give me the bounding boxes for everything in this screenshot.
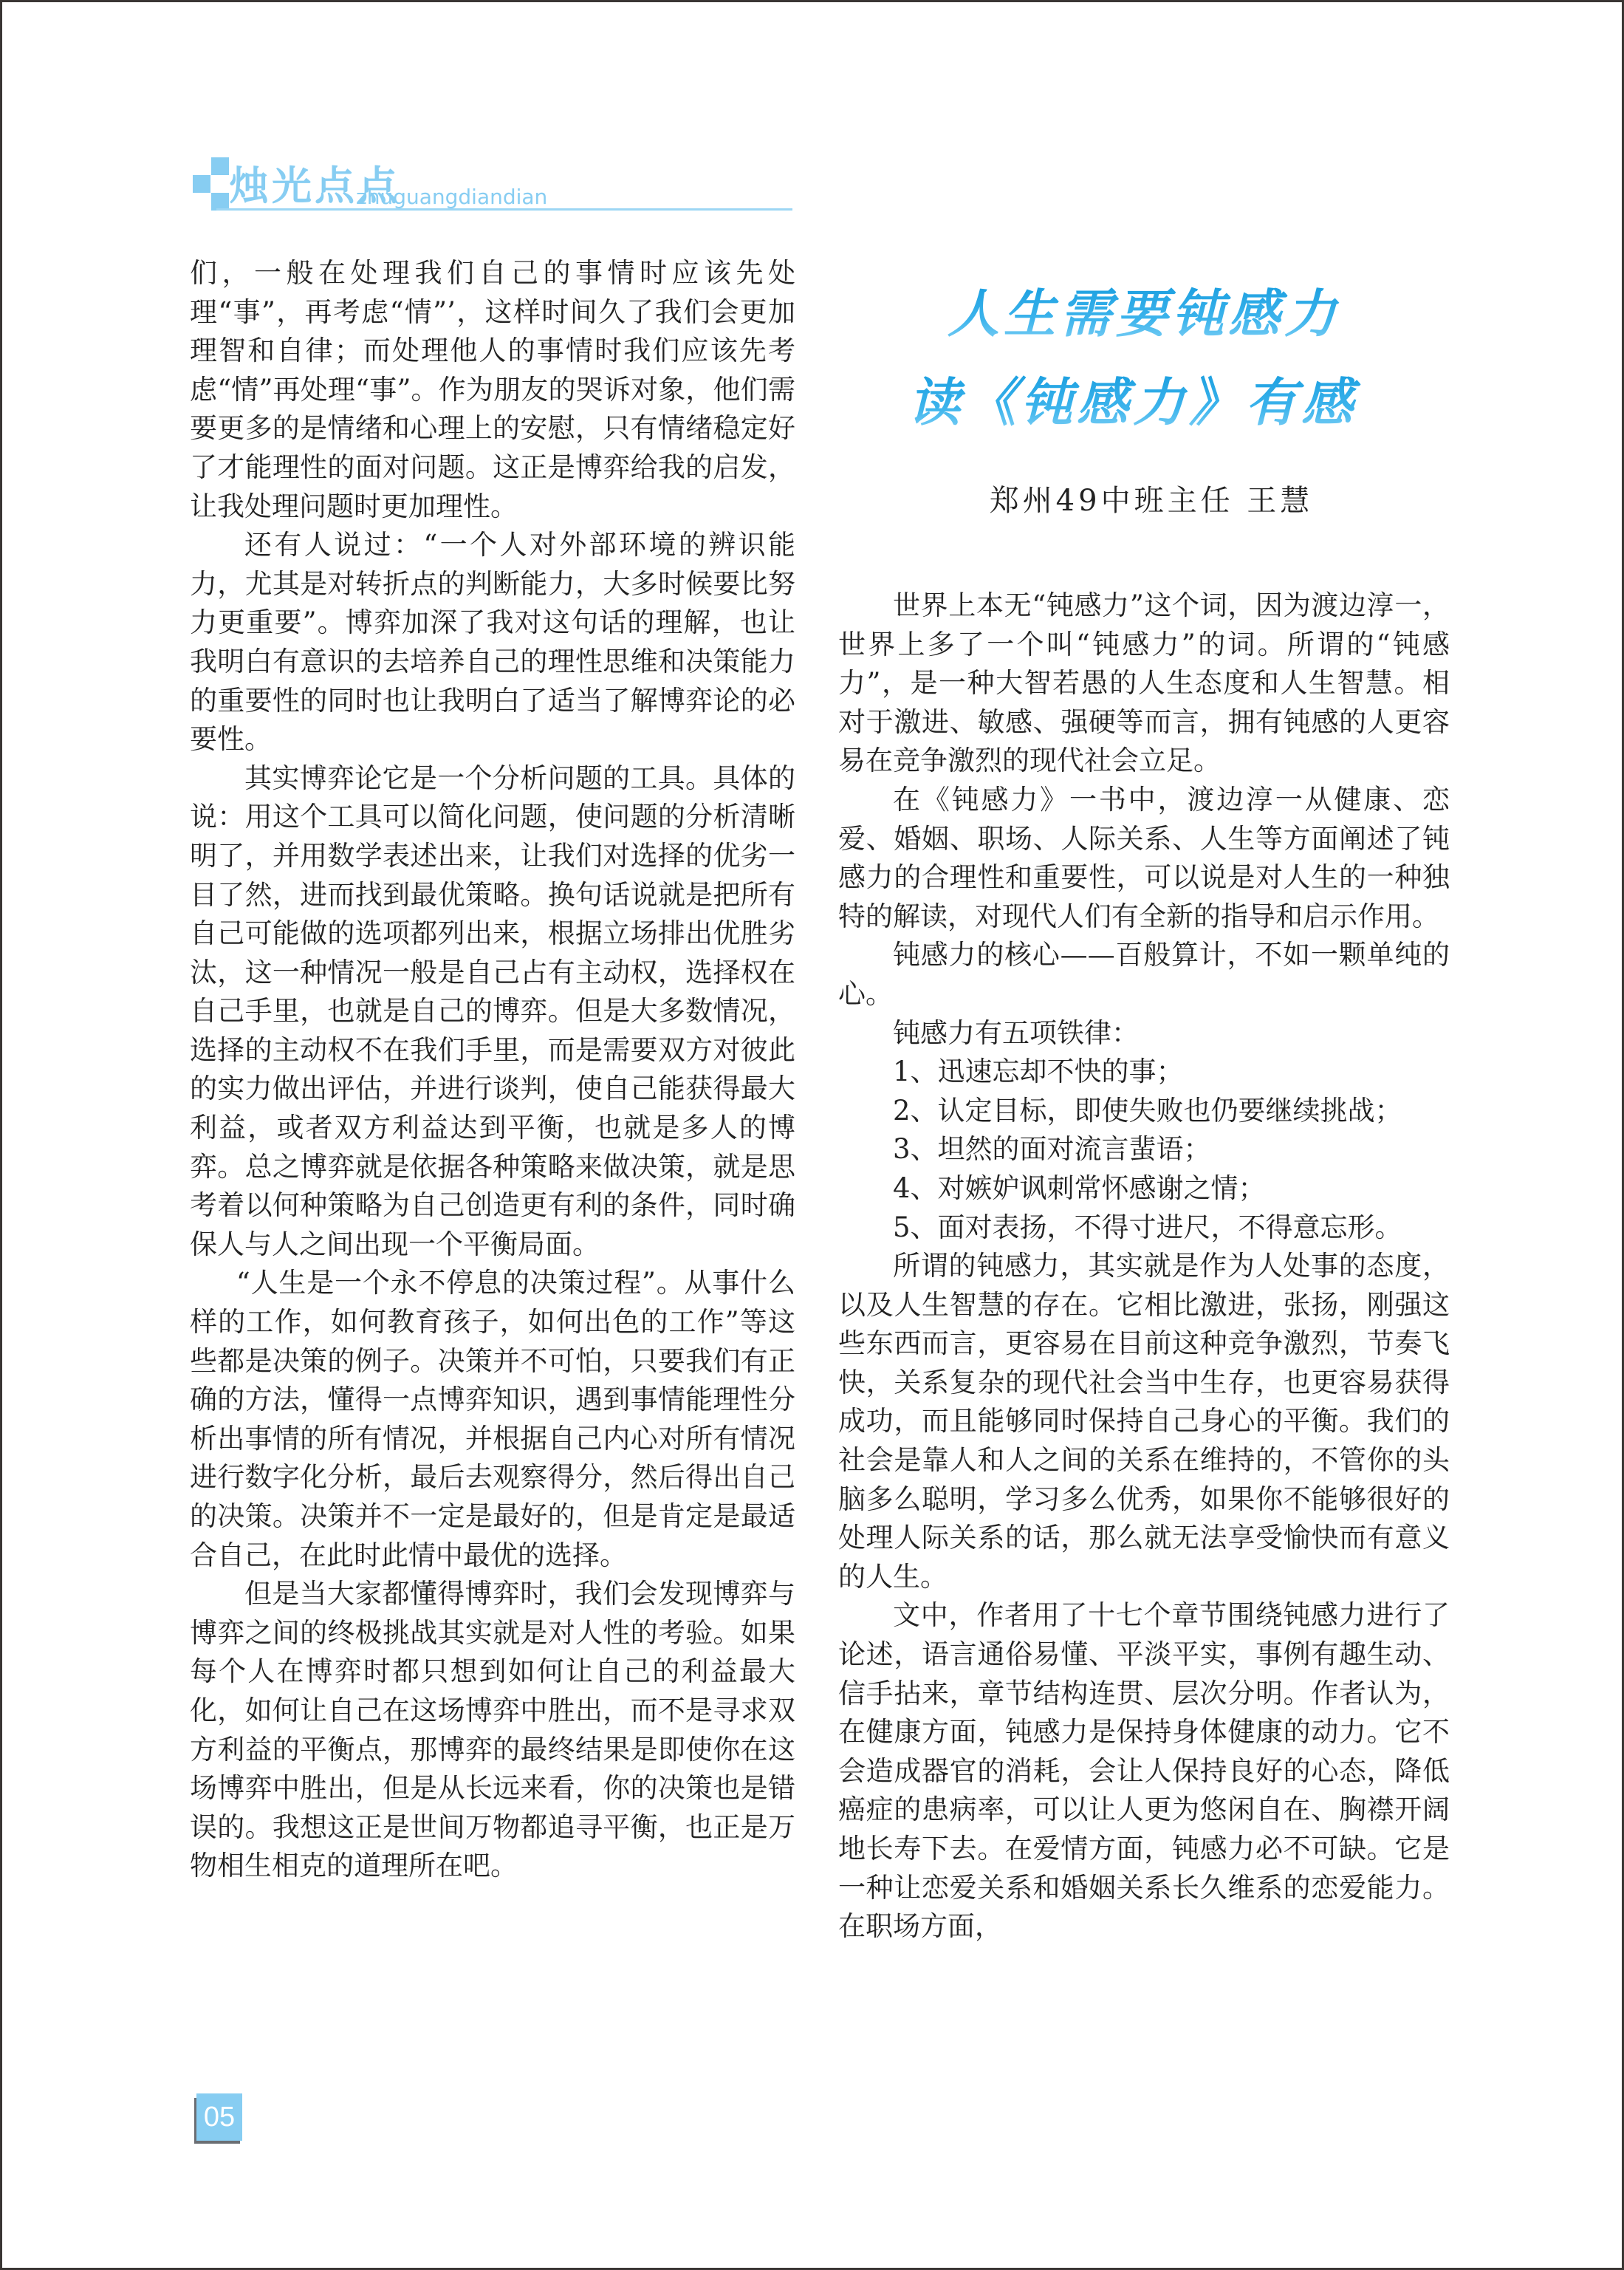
section-pinyin: zhuguangdiandian (356, 186, 547, 208)
paragraph: 所谓的钝感力，其实就是作为人处事的态度，以及人生智慧的存在。它相比激进，张扬，刚… (838, 1247, 1450, 1596)
rule-list-item: 4、对嫉妒讽刺常怀感谢之情； (838, 1169, 1450, 1208)
paragraph: 但是当大家都懂得博弈时，我们会发现博弈与博弈之间的终极挑战其实就是对人性的考验。… (190, 1575, 795, 1886)
paragraph: 其实博弈论它是一个分析问题的工具。具体的说：用这个工具可以简化问题，使问题的分析… (190, 759, 795, 1265)
logo-square-middle (193, 175, 210, 193)
page-number: 05 (196, 2093, 242, 2141)
rule-list-item: 2、认定目标，即使失败也仍要继续挑战； (838, 1092, 1450, 1131)
paragraph: “人生是一个永不停息的决策过程”。从事什么样的工作，如何教育孩子，如何出色的工作… (190, 1264, 795, 1575)
header-divider (216, 208, 792, 211)
paragraph: 世界上本无“钝感力”这个词，因为渡边淳一，世界上多了一个叫“钝感力”的词。所谓的… (838, 587, 1450, 781)
article-author: 郑州49中班主任 王慧 (838, 479, 1450, 523)
paragraph: 文中，作者用了十七个章节围绕钝感力进行了论述，语言通俗易懂、平淡平实，事例有趣生… (838, 1596, 1450, 1946)
rule-list-item: 5、面对表扬，不得寸进尺，不得意忘形。 (838, 1208, 1450, 1248)
paragraph: 在《钝感力》一书中，渡边淳一从健康、恋爱、婚姻、职场、人际关系、人生等方面阐述了… (838, 781, 1450, 936)
rule-list-item: 3、坦然的面对流言蜚语； (838, 1130, 1450, 1169)
paragraph: 们，一般在处理我们自己的事情时应该先处理“事”，再考虑“情”’，这样时间久了我们… (190, 254, 795, 526)
article-body: 世界上本无“钝感力”这个词，因为渡边淳一，世界上多了一个叫“钝感力”的词。所谓的… (838, 587, 1450, 1946)
left-column-text: 们，一般在处理我们自己的事情时应该先处理“事”，再考虑“情”’，这样时间久了我们… (190, 254, 795, 1886)
paragraph: 钝感力有五项铁律： (838, 1014, 1450, 1053)
article-title-line-1: 人生需要钝感力 (838, 284, 1450, 343)
paragraph: 还有人说过：“一个人对外部环境的辨识能力，尤其是对转折点的判断能力，大多时候要比… (190, 526, 795, 759)
article-title-line-2: 读《钝感力》有感 (827, 373, 1439, 432)
rule-list-item: 1、迅速忘却不快的事； (838, 1053, 1450, 1092)
logo-square-top (211, 157, 229, 175)
paragraph: 钝感力的核心——百般算计，不如一颗单纯的心。 (838, 936, 1450, 1013)
